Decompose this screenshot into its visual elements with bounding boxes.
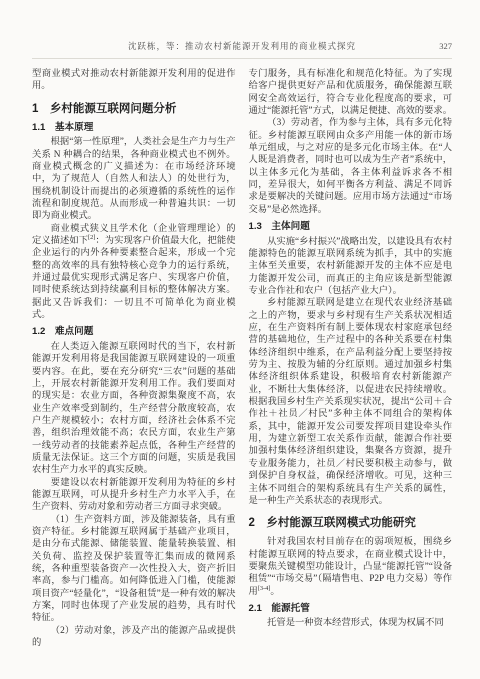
paragraph-text: ：为实现客户价值最大化，把能使企业运行的内外各种要素整合起来，形成一个完整的高效… [32, 236, 236, 320]
paragraph-difficulties: 在人类迈入能源互联网时代的当下，农村新能源开发利用将是我国能源互联网建设的一项重… [32, 341, 236, 477]
paragraph-continuation: 专门服务，具有标准化和规范化特征。为了实现给客户提供更好产品和优质服务，确保能源… [249, 68, 453, 117]
paragraph-subject: 从实施“乡村振兴”战略出发，以建设具有农村能源特色的能源互联网系统为抓手，其中的… [249, 236, 453, 298]
paragraph-text: 。 [270, 587, 279, 597]
running-title: 沈跃栋，等：推动农村新能源开发利用的商业模式探究 [128, 41, 356, 51]
paragraph-item-3: （3）劳动者，作为参与主体，具有多元化特征。乡村能源互联网由众多产用能一体的新市… [249, 117, 453, 216]
paragraph-build: 要建设以农村新能源开发利用为特征的乡村能源互联网，可从提升乡村生产力水平入手，在… [32, 477, 236, 514]
paragraph-function: 针对我国农村目前存在的弱项短板，围绕乡村能源互联网的特点要求，在商业模式设计中，… [249, 536, 453, 598]
paragraph-item-2-start: （2）劳动对象，涉及产出的能源产品或提供的 [32, 625, 236, 650]
citation-marker: [3-4] [258, 584, 271, 591]
paragraph-item-1: （1）生产资料方面，涉及能源装备，具有重资产特征。乡村能源互联网属于基础产业项目… [32, 514, 236, 625]
subsection-1-3-heading: 1.3 主体问题 [249, 221, 453, 234]
left-column: 型商业模式对推动农村新能源开发利用的促进作用。 1 乡村能源互联网问题分析 1.… [32, 68, 236, 649]
page-header: 沈跃栋，等：推动农村新能源开发利用的商业模式探究 327 [32, 40, 452, 59]
page-number: 327 [439, 41, 452, 51]
subsection-1-1-heading: 1.1 基本原理 [32, 122, 236, 135]
paper-page: 沈跃栋，等：推动农村新能源开发利用的商业模式探究 327 型商业模式对推动农村新… [0, 0, 480, 679]
paragraph-definition: 商业模式狭义且学术化（企业管理理论）的定义描述如下[2]：为实现客户价值最大化，… [32, 223, 236, 322]
paragraph-relations: 乡村能源互联网是建立在现代农业经济基础之上的产物，要求与乡村现有生产关系状况相适… [249, 297, 453, 507]
right-column: 专门服务，具有标准化和规范化特征。为了实现给客户提供更好产品和优质服务，确保能源… [249, 68, 453, 649]
section-2-heading: 2 乡村能源互联网模式功能研究 [249, 516, 453, 530]
subsection-1-2-heading: 1.2 难点问题 [32, 326, 236, 339]
paragraph-continuation: 型商业模式对推动农村新能源开发利用的促进作用。 [32, 68, 236, 93]
paragraph-basic-principle: 根据“第一性原理”，人类社会是生产力与生产关系 N 种耦合的结果，各种商业模式也… [32, 136, 236, 222]
subsection-2-1-heading: 2.1 能源托管 [249, 603, 453, 616]
two-column-body: 型商业模式对推动农村新能源开发利用的促进作用。 1 乡村能源互联网问题分析 1.… [32, 68, 452, 649]
paragraph-trusteeship-start: 托管是一种资本经营形式，体现为权属不同 [249, 617, 453, 629]
section-1-heading: 1 乡村能源互联网问题分析 [32, 102, 236, 116]
